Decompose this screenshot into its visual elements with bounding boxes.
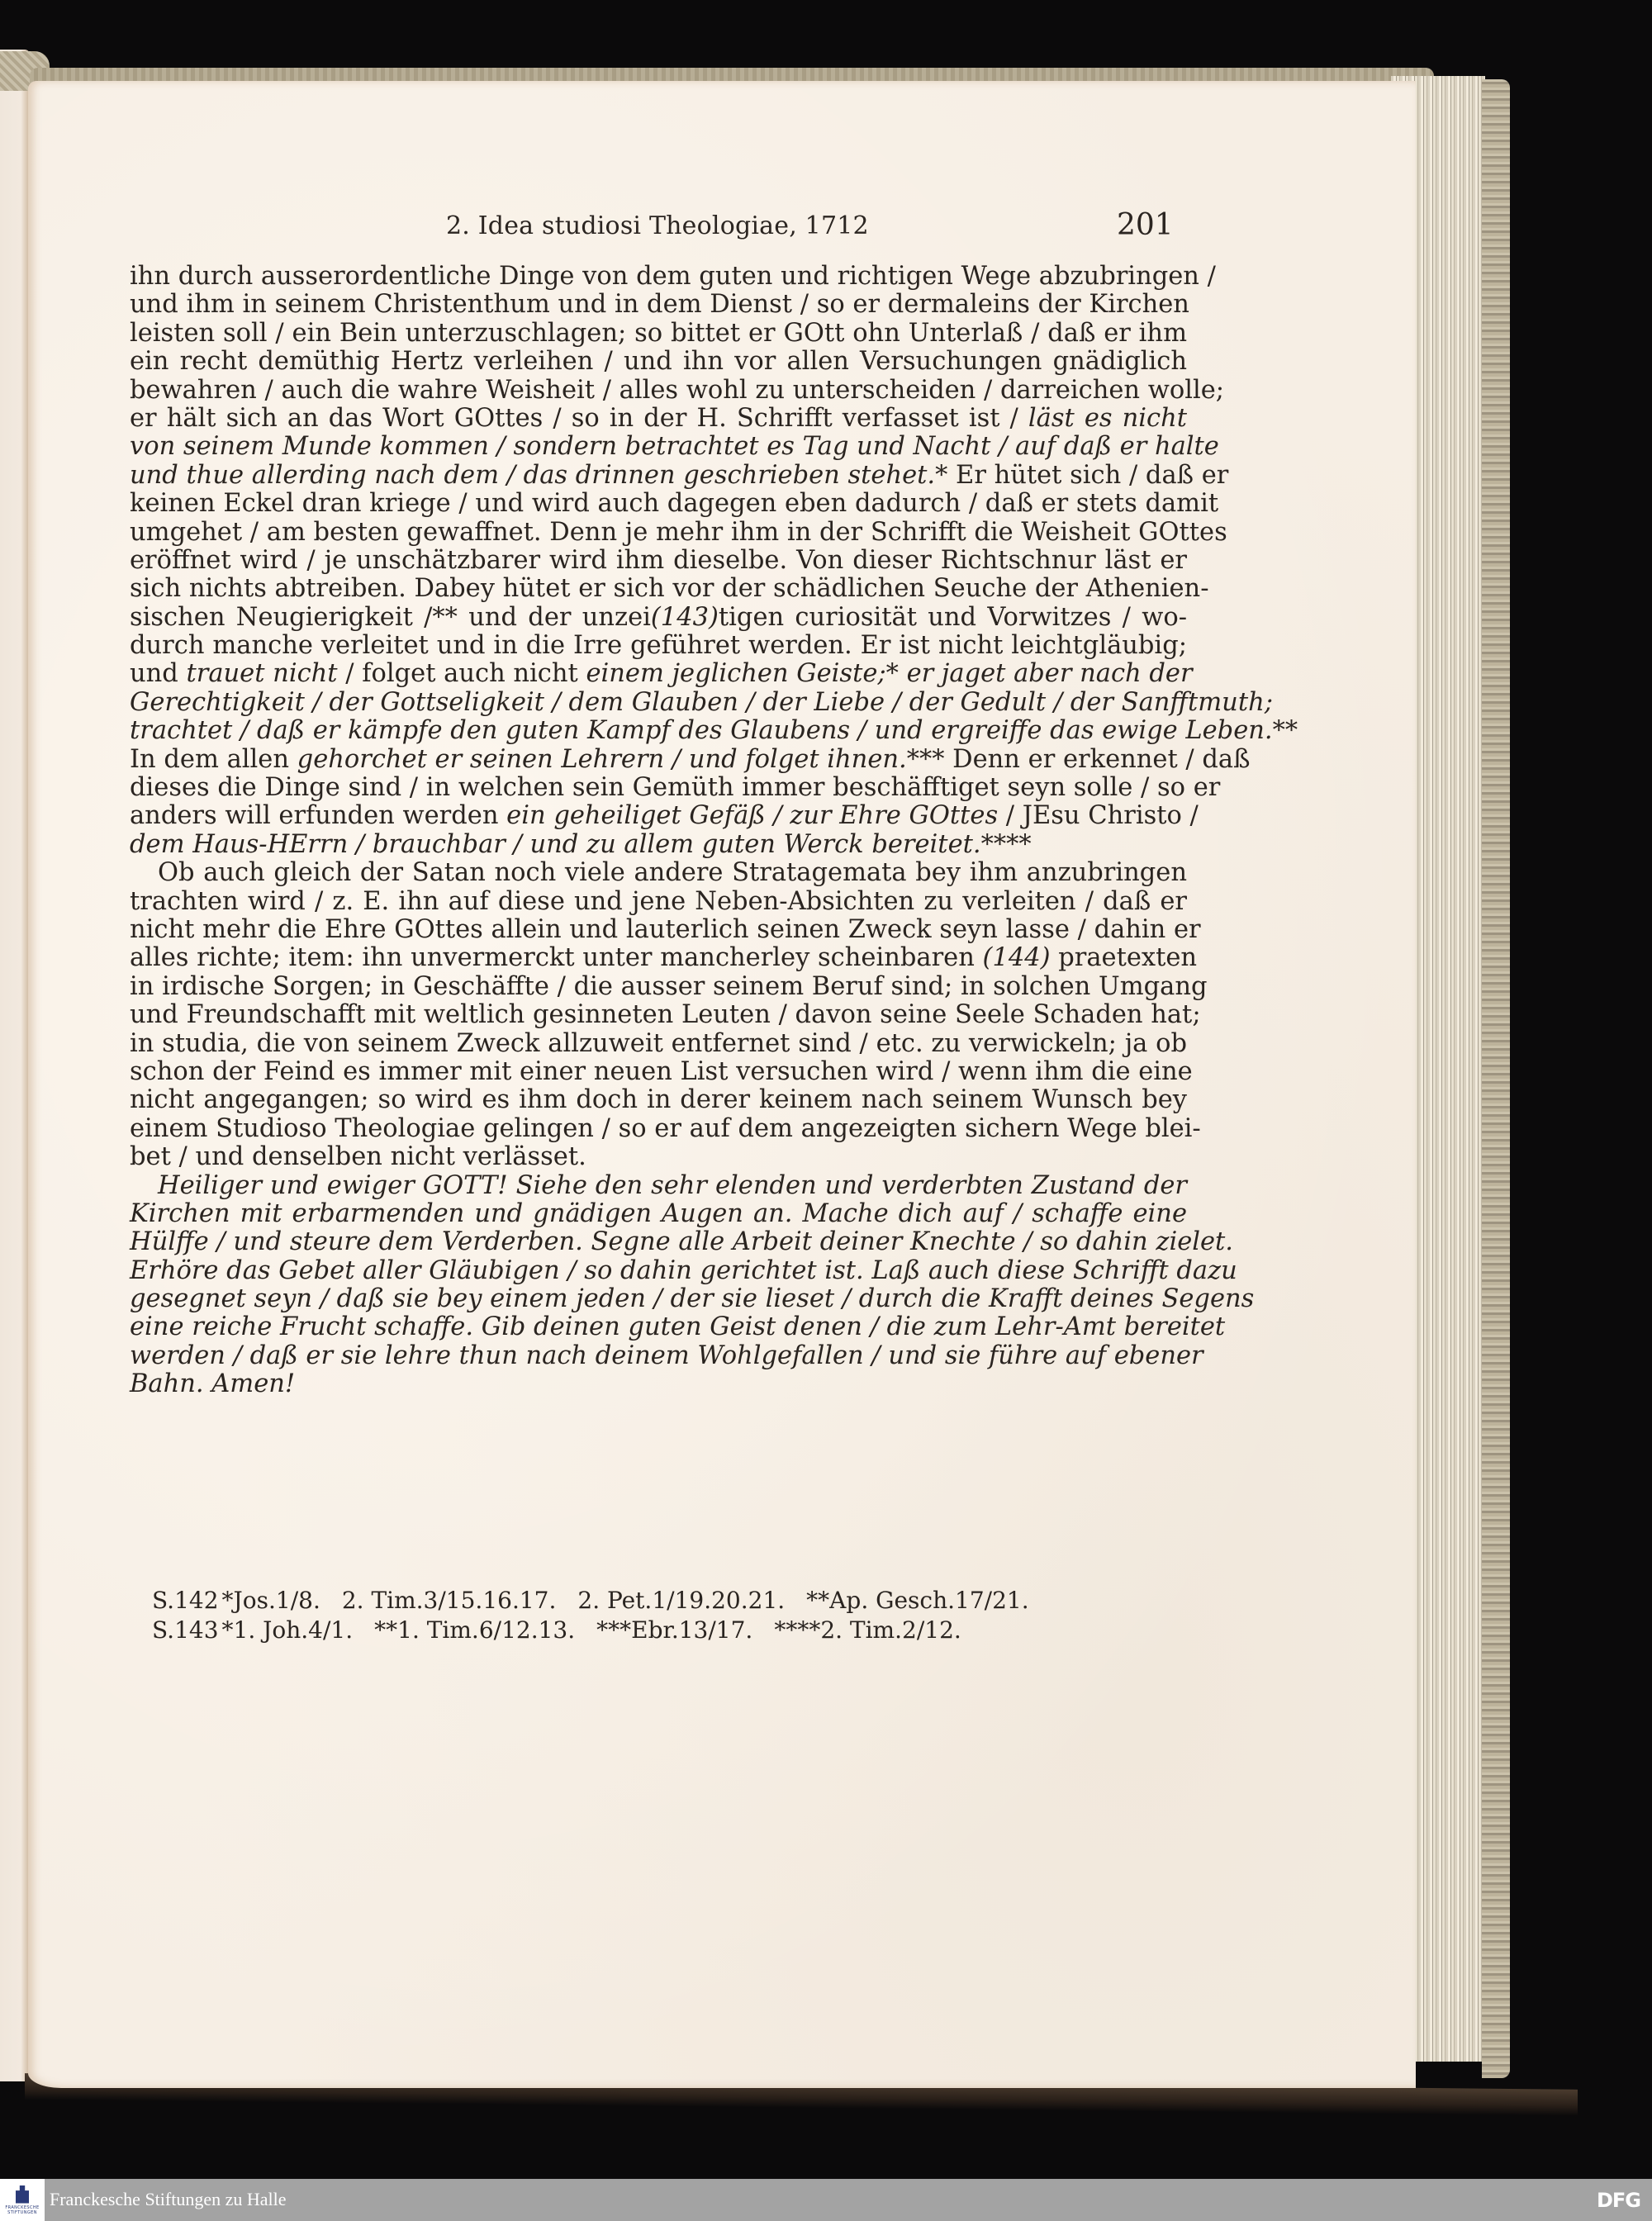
italic-run: trauet nicht xyxy=(187,659,338,688)
text-line: durch manche verleitet und in die Irre g… xyxy=(130,632,1187,660)
italic-run: dem Haus-HErrn / brauchbar / und zu alle… xyxy=(130,830,981,859)
text-line: Erhöre das Gebet aller Gläubigen / so da… xyxy=(130,1257,1187,1285)
italic-run: ein geheiliget Gefäß / zur Ehre GOttes xyxy=(506,801,998,830)
text-line: trachtet / daß er kämpfe den guten Kampf… xyxy=(130,717,1187,745)
text-run: sischen Neugierigkeit /** und der unzei xyxy=(130,603,651,632)
text-run: und ihm in seinem Christenthum und in de… xyxy=(130,290,1189,319)
italic-run: gesegnet seyn / daß sie bey einem jeden … xyxy=(130,1284,1254,1313)
text-run: alles richte; item: ihn unvermerckt unte… xyxy=(130,943,983,972)
italic-run: läst es nicht xyxy=(1028,404,1187,433)
text-run: ihn durch ausserordentliche Dinge von de… xyxy=(130,262,1216,291)
franckesche-stiftungen-logo[interactable]: FRANCKESCHE STIFTUNGEN xyxy=(0,2179,45,2221)
text-line: Heiliger und ewiger GOTT! Siehe den sehr… xyxy=(130,1172,1187,1200)
footnote-reference: *1. Joh.4/1. xyxy=(222,1616,354,1644)
text-run: nicht mehr die Ehre GOttes allein und la… xyxy=(130,915,1201,944)
text-run: **** xyxy=(981,830,1032,859)
italic-run: (143) xyxy=(651,603,719,632)
text-line: Kirchen mit erbarmenden und gnädigen Aug… xyxy=(130,1200,1187,1228)
italic-run: Erhöre das Gebet aller Gläubigen / so da… xyxy=(130,1256,1237,1285)
text-run: in studia, die von seinem Zweck allzuwei… xyxy=(130,1029,1187,1058)
italic-run: Gerechtigkeit / der Gottseligkeit / dem … xyxy=(130,688,1273,717)
text-run: durch manche verleitet und in die Irre g… xyxy=(130,631,1187,660)
text-run: eröffnet wird / je unschätzbarer wird ih… xyxy=(130,546,1187,575)
text-run: er hält sich an das Wort GOttes / so in … xyxy=(130,404,1028,433)
text-line: leisten soll / ein Bein unterzuschlagen;… xyxy=(130,320,1187,348)
text-line: Bahn. Amen! xyxy=(130,1370,1187,1398)
running-header-title: 2. Idea studiosi Theologiae, 1712 xyxy=(446,211,869,240)
text-line: eröffnet wird / je unschätzbarer wird ih… xyxy=(130,547,1187,575)
text-line: sischen Neugierigkeit /** und der unzei(… xyxy=(130,604,1187,632)
text-run: umgehet / am besten gewaffnet. Denn je m… xyxy=(130,518,1227,547)
text-run: / JEsu Christo / xyxy=(998,801,1199,830)
text-line: und ihm in seinem Christenthum und in de… xyxy=(130,291,1187,319)
text-line: umgehet / am besten gewaffnet. Denn je m… xyxy=(130,519,1187,547)
text-run: und xyxy=(130,659,187,688)
logo-caption: FRANCKESCHE STIFTUNGEN xyxy=(5,2205,39,2215)
italic-run: Kirchen mit erbarmenden und gnädigen Aug… xyxy=(130,1199,1187,1228)
footnote-page-ref: S.142 xyxy=(152,1587,219,1614)
text-line: einem Studioso Theologiae gelingen / so … xyxy=(130,1115,1187,1143)
italic-run: Hülffe / und steure dem Verderben. Segne… xyxy=(130,1227,1233,1256)
text-run: schon der Feind es immer mit einer neuen… xyxy=(130,1057,1193,1086)
text-run: einem Studioso Theologiae gelingen / so … xyxy=(130,1114,1201,1143)
text-run: anders will erfunden werden xyxy=(130,801,506,830)
text-line: alles richte; item: ihn unvermerckt unte… xyxy=(130,944,1187,972)
text-run: bet / und denselben nicht verlässet. xyxy=(130,1142,586,1171)
text-run: nicht angegangen; so wird es ihm doch in… xyxy=(130,1085,1187,1114)
text-run: bewahren / auch die wahre Weisheit / all… xyxy=(130,376,1224,405)
text-line: dem Haus-HErrn / brauchbar / und zu alle… xyxy=(130,831,1187,859)
text-line: anders will erfunden werden ein geheilig… xyxy=(130,802,1187,830)
italic-run: (144) xyxy=(983,943,1051,972)
text-line: Ob auch gleich der Satan noch viele ande… xyxy=(130,859,1187,887)
text-run: *** Denn er erkennet / daß xyxy=(907,745,1251,774)
logo-caption-line2: STIFTUNGEN xyxy=(7,2210,37,2215)
text-run: und Freundschafft mit weltlich gesinnete… xyxy=(130,1000,1201,1029)
footnote-reference: **1. Tim.6/12.13. xyxy=(374,1616,575,1644)
text-line: keinen Eckel dran kriege / und wird auch… xyxy=(130,490,1187,518)
italic-run: trachtet / daß er kämpfe den guten Kampf… xyxy=(130,716,1298,745)
text-run: Ob auch gleich der Satan noch viele ande… xyxy=(158,858,1187,887)
text-line: ihn durch ausserordentliche Dinge von de… xyxy=(130,263,1187,291)
book-cover-side-edge xyxy=(1482,79,1510,2078)
text-line: sich nichts abtreiben. Dabey hütet er si… xyxy=(130,575,1187,603)
italic-run: Heiliger und ewiger GOTT! Siehe den sehr… xyxy=(158,1171,1187,1200)
text-run: * Er hütet sich / daß er xyxy=(935,461,1228,490)
italic-run: einem jeglichen Geiste;* er jaget aber n… xyxy=(586,659,1192,688)
footnote-reference: 2. Pet.1/19.20.21. xyxy=(577,1587,785,1614)
footnote-reference: *Jos.1/8. xyxy=(222,1587,320,1614)
text-line: in studia, die von seinem Zweck allzuwei… xyxy=(130,1030,1187,1058)
italic-run: werden / daß er sie lehre thun nach dein… xyxy=(130,1341,1203,1370)
text-line: nicht mehr die Ehre GOttes allein und la… xyxy=(130,916,1187,944)
text-run: in irdische Sorgen; in Geschäffte / die … xyxy=(130,972,1208,1001)
body-text: ihn durch ausserordentliche Dinge von de… xyxy=(130,263,1187,1399)
text-run: In dem allen xyxy=(130,745,297,774)
italic-run: gehorchet er seinen Lehrern / und folget… xyxy=(297,745,907,774)
dfg-logo[interactable]: DFG xyxy=(1597,2189,1640,2212)
text-run: keinen Eckel dran kriege / und wird auch… xyxy=(130,489,1218,518)
text-run: leisten soll / ein Bein unterzuschlagen;… xyxy=(130,319,1187,348)
text-line: In dem allen gehorchet er seinen Lehrern… xyxy=(130,746,1187,774)
text-line: er hält sich an das Wort GOttes / so in … xyxy=(130,405,1187,433)
text-line: und thue allerding nach dem / das drinne… xyxy=(130,462,1187,490)
text-run: / folget auch nicht xyxy=(338,659,586,688)
text-run: tigen curiosität und Vorwitzes / wo- xyxy=(719,603,1187,632)
footnote-row: S.143*1. Joh.4/1.**1. Tim.6/12.13.***Ebr… xyxy=(152,1616,1051,1645)
footnote-reference: **Ap. Gesch.17/21. xyxy=(806,1587,1028,1614)
text-run: praetexten xyxy=(1051,943,1198,972)
footnotes: S.142*Jos.1/8.2. Tim.3/15.16.17.2. Pet.1… xyxy=(152,1586,1051,1645)
text-line: dieses die Dinge sind / in welchen sein … xyxy=(130,774,1187,802)
text-line: bet / und denselben nicht verlässet. xyxy=(130,1143,1187,1171)
text-run: trachten wird / z. E. ihn auf diese und … xyxy=(130,887,1187,916)
text-run: dieses die Dinge sind / in welchen sein … xyxy=(130,773,1220,802)
text-line: schon der Feind es immer mit einer neuen… xyxy=(130,1058,1187,1086)
bleed-through-text xyxy=(149,1685,1181,1878)
institution-name: Franckesche Stiftungen zu Halle xyxy=(50,2189,287,2210)
italic-run: Bahn. Amen! xyxy=(130,1369,295,1398)
footnote-reference: ****2. Tim.2/12. xyxy=(774,1616,961,1644)
text-line: von seinem Munde kommen / sondern betrac… xyxy=(130,433,1187,461)
text-line: nicht angegangen; so wird es ihm doch in… xyxy=(130,1086,1187,1114)
left-page-edge xyxy=(0,50,30,2081)
footnote-page-ref: S.143 xyxy=(152,1616,219,1644)
text-line: in irdische Sorgen; in Geschäffte / die … xyxy=(130,973,1187,1001)
text-line: und trauet nicht / folget auch nicht ein… xyxy=(130,660,1187,688)
text-line: eine reiche Frucht schaffe. Gib deinen g… xyxy=(130,1313,1187,1341)
italic-run: eine reiche Frucht schaffe. Gib deinen g… xyxy=(130,1312,1225,1341)
text-line: Gerechtigkeit / der Gottseligkeit / dem … xyxy=(130,689,1187,717)
text-run: sich nichts abtreiben. Dabey hütet er si… xyxy=(130,574,1209,603)
institution-logo-icon xyxy=(16,2185,29,2204)
italic-run: von seinem Munde kommen / sondern betrac… xyxy=(130,432,1219,461)
footnote-reference: ***Ebr.13/17. xyxy=(596,1616,752,1644)
text-line: Hülffe / und steure dem Verderben. Segne… xyxy=(130,1228,1187,1256)
text-line: trachten wird / z. E. ihn auf diese und … xyxy=(130,888,1187,916)
italic-run: und thue allerding nach dem / das drinne… xyxy=(130,461,935,490)
footnote-reference: 2. Tim.3/15.16.17. xyxy=(342,1587,557,1614)
footnote-row: S.142*Jos.1/8.2. Tim.3/15.16.17.2. Pet.1… xyxy=(152,1586,1051,1616)
text-line: gesegnet seyn / daß sie bey einem jeden … xyxy=(130,1285,1187,1313)
footer-bar: FRANCKESCHE STIFTUNGEN Franckesche Stift… xyxy=(0,2179,1652,2221)
text-line: bewahren / auch die wahre Weisheit / all… xyxy=(130,377,1187,405)
text-line: ein recht demüthig Hertz verleihen / und… xyxy=(130,348,1187,376)
page-number: 201 xyxy=(1117,208,1174,242)
text-line: und Freundschafft mit weltlich gesinnete… xyxy=(130,1001,1187,1029)
text-run: ein recht demüthig Hertz verleihen / und… xyxy=(130,347,1187,376)
text-line: werden / daß er sie lehre thun nach dein… xyxy=(130,1342,1187,1370)
